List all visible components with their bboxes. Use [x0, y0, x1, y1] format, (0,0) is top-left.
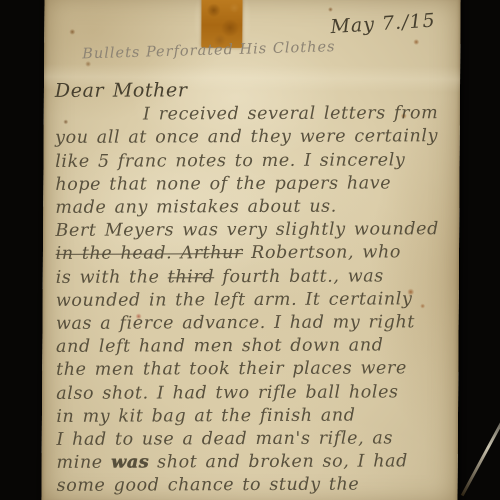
letter-paper: May 7./15 Bullets Perforated His Clothes…	[41, 0, 460, 500]
letter-line: is with the third fourth batt., was	[56, 265, 452, 290]
letter-date: May 7./15	[330, 9, 436, 38]
letter-lines: I received several letters fromyou all a…	[55, 102, 453, 498]
letter-line: made any mistakes about us.	[55, 195, 451, 220]
letter-line: in the head. Arthur Robertson, who	[56, 242, 452, 267]
letter-line: like 5 franc notes to me. I sincerely	[55, 149, 451, 174]
letter-photograph: May 7./15 Bullets Perforated His Clothes…	[0, 0, 500, 500]
letter-body: Dear Mother I received several letters f…	[55, 78, 453, 498]
letter-line: I had to use a dead man's rifle, as	[56, 427, 452, 452]
letter-line: you all at once and they were certainly	[55, 126, 451, 151]
letter-line: I received several letters from	[55, 102, 451, 127]
paper-crease-corner	[461, 398, 500, 496]
letter-line: was a fierce advance. I had my right	[56, 311, 452, 336]
letter-salutation: Dear Mother	[55, 78, 451, 103]
letter-line: and left hand men shot down and	[56, 334, 452, 359]
letter-line: some good chance to study the	[57, 474, 453, 499]
letter-line: the men that took their places were	[56, 358, 452, 383]
tape-stain	[201, 0, 242, 48]
pencil-annotation: Bullets Perforated His Clothes	[82, 39, 336, 62]
letter-line: mine was shot and broken so, I had	[56, 450, 452, 475]
letter-line: Bert Meyers was very slightly wounded	[55, 218, 451, 243]
letter-line: hope that none of the papers have	[55, 172, 451, 197]
letter-line: wounded in the left arm. It certainly	[56, 288, 452, 313]
letter-line: in my kit bag at the finish and	[56, 404, 452, 429]
letter-line: also shot. I had two rifle ball holes	[56, 381, 452, 406]
